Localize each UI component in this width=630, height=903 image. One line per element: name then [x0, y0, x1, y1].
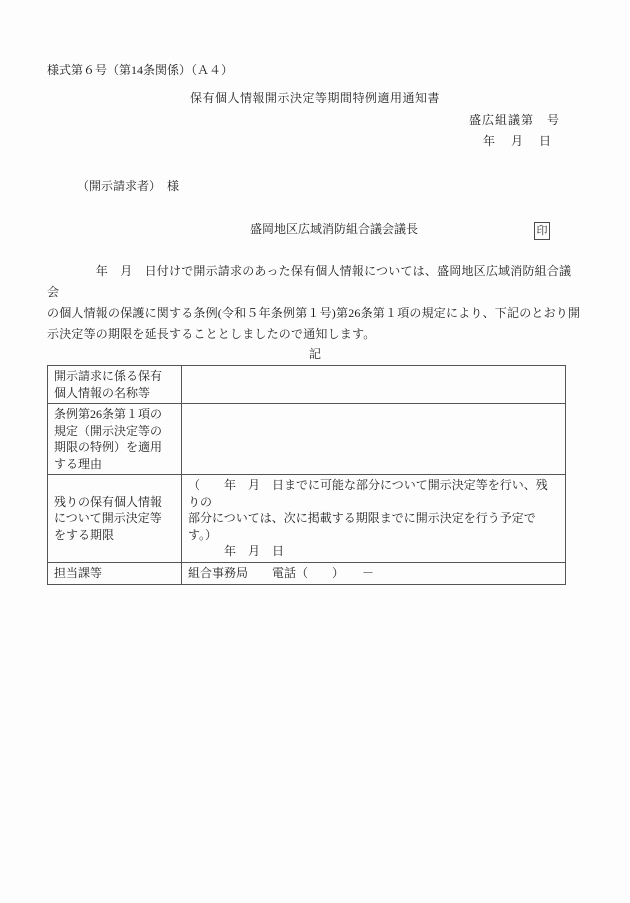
row-value	[182, 404, 566, 475]
row-label: 残りの保有個人情報 について開示決定等 をする期限	[48, 475, 182, 563]
document-page: 様式第６号（第14条関係）（Ａ４） 保有個人情報開示決定等期間特例適用通知書 盛…	[0, 0, 630, 903]
row-label: 開示請求に係る保有 個人情報の名称等	[48, 366, 182, 404]
table-row-personal-info-name: 開示請求に係る保有 個人情報の名称等	[48, 366, 566, 404]
document-reference-number: 盛広組議第 号	[47, 112, 583, 128]
table-row-deadline: 残りの保有個人情報 について開示決定等 をする期限 （ 年 月 日までに可能な部…	[48, 475, 566, 563]
sender-row: 盛岡地区広域消防組合議会議長 印	[47, 221, 583, 239]
body-paragraph: 年 月 日付けで開示請求のあった保有個人情報については、盛岡地区広域消防組合議会…	[47, 261, 583, 345]
row-value: 組合事務局 電話（ ） －	[182, 562, 566, 584]
table-row-reason: 条例第26条第１項の 規定（開示決定等の 期限の特例）を適用 する理由	[48, 404, 566, 475]
row-value	[182, 366, 566, 404]
document-title: 保有個人情報開示決定等期間特例適用通知書	[47, 90, 583, 106]
disclosure-table: 開示請求に係る保有 個人情報の名称等 条例第26条第１項の 規定（開示決定等の …	[47, 365, 566, 585]
seal-box: 印	[534, 222, 550, 240]
form-number: 様式第６号（第14条関係）（Ａ４）	[47, 0, 583, 78]
ki-heading: 記	[47, 345, 583, 363]
sender-name: 盛岡地区広域消防組合議会議長	[250, 221, 418, 237]
addressee-line: （開示請求者） 様	[47, 178, 583, 194]
date-line: 年 月 日	[47, 133, 583, 149]
table-row-contact: 担当課等 組合事務局 電話（ ） －	[48, 562, 566, 584]
row-label: 担当課等	[48, 562, 182, 584]
row-label: 条例第26条第１項の 規定（開示決定等の 期限の特例）を適用 する理由	[48, 404, 182, 475]
row-value: （ 年 月 日までに可能な部分について開示決定等を行い、残りの 部分については、…	[182, 475, 566, 563]
